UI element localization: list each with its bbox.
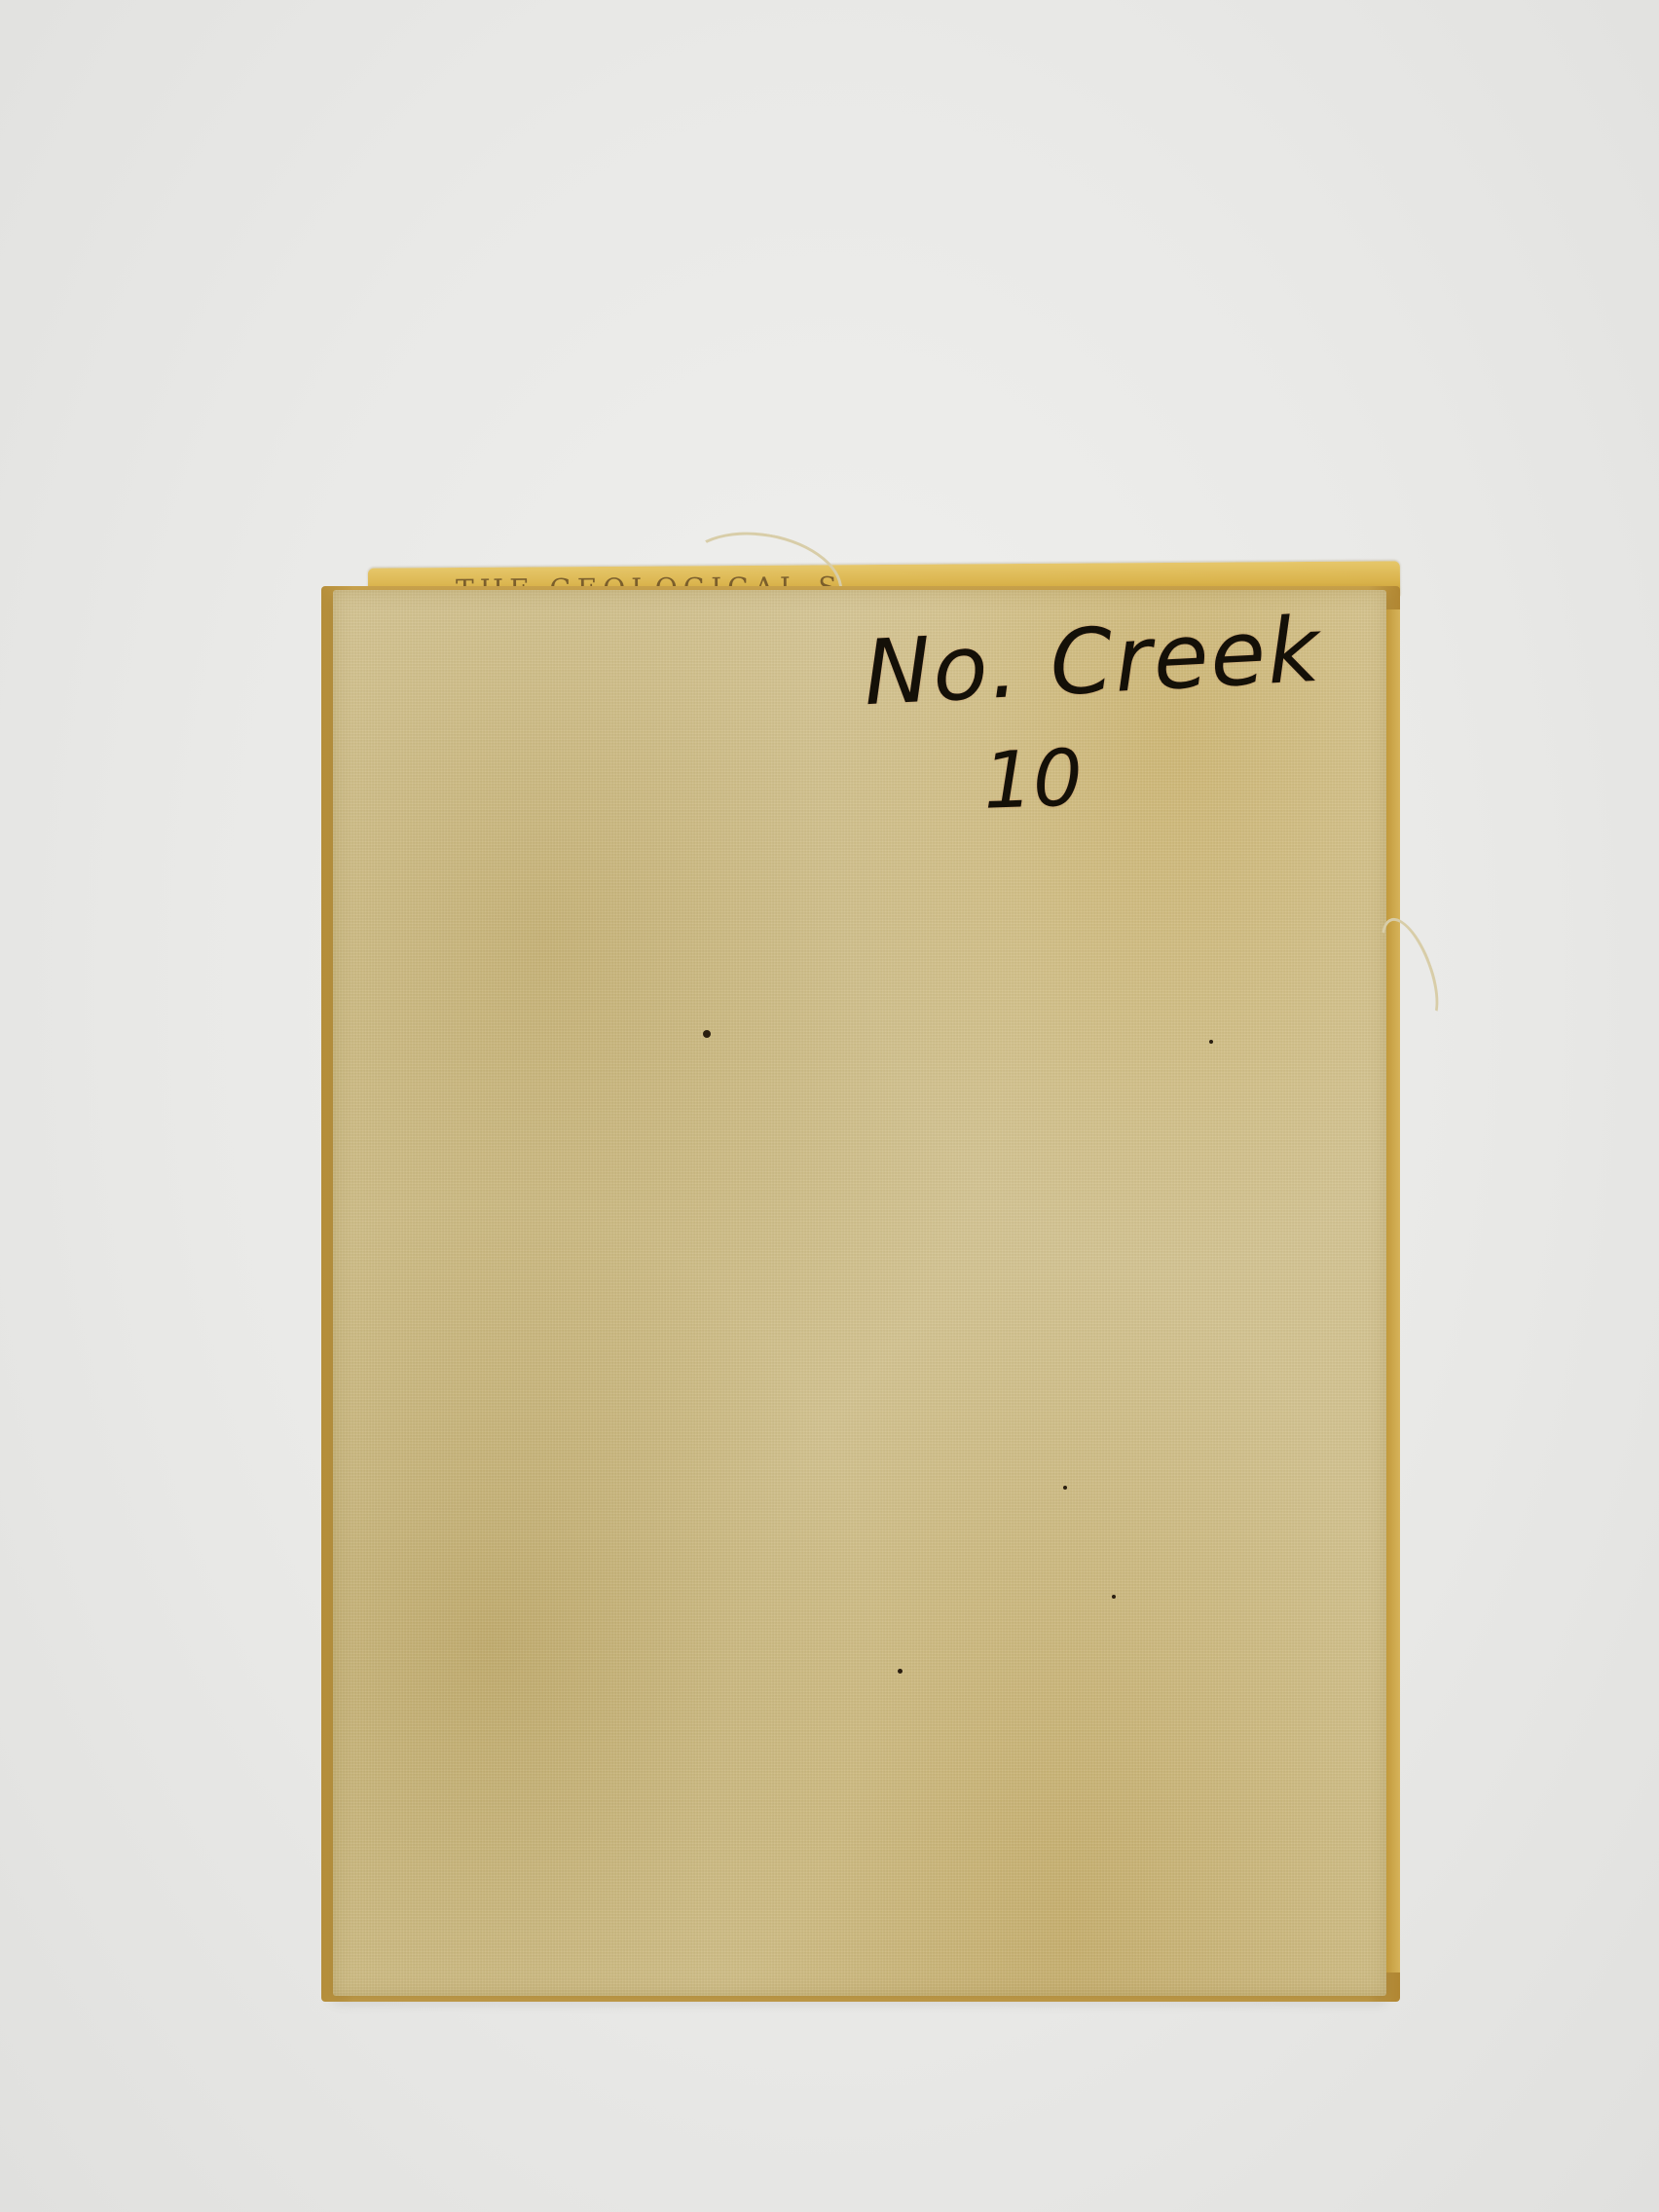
ink-speck: [703, 1030, 711, 1038]
cover-edge: [1386, 609, 1400, 1972]
handwritten-number: 10: [981, 732, 1084, 826]
ink-speck: [898, 1669, 903, 1674]
handwritten-title: No. Creek: [862, 598, 1324, 725]
ink-speck: [1063, 1486, 1067, 1490]
ink-speck: [1209, 1040, 1213, 1044]
photo-scene: THE GEOLOGICAL S No. Creek 10: [0, 0, 1659, 2212]
ink-speck: [1112, 1595, 1116, 1599]
notebook-cover: No. Creek 10: [333, 590, 1386, 1996]
